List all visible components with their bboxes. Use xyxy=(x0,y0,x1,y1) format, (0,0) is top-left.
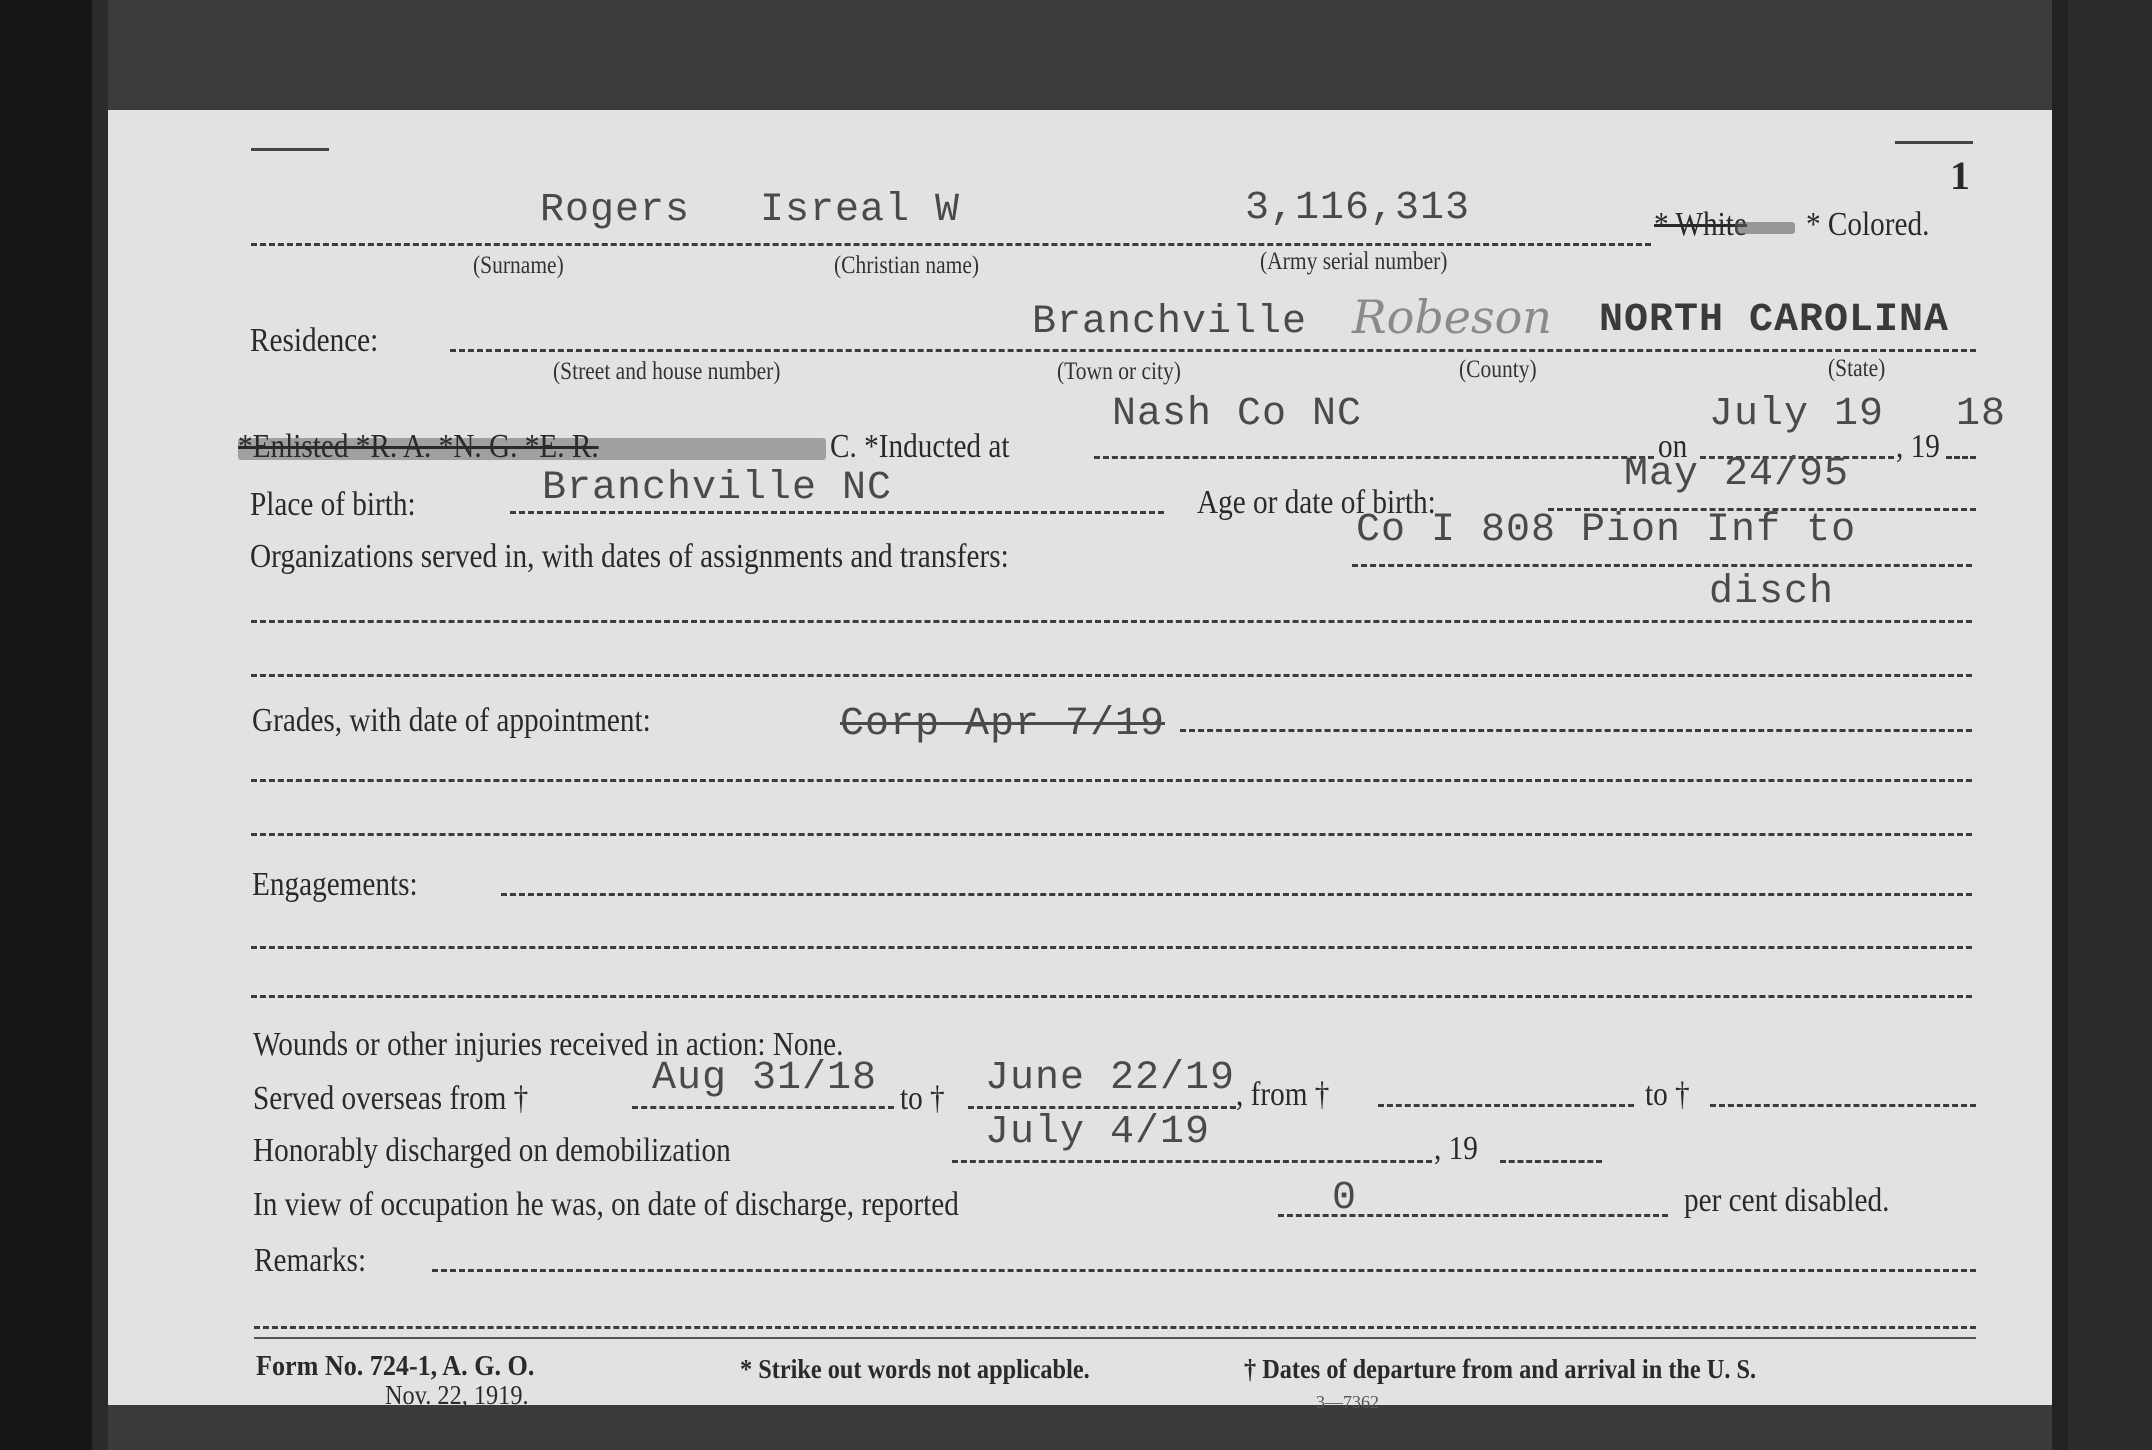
grades-line2 xyxy=(251,779,1972,782)
discharge-year-line xyxy=(1500,1160,1602,1163)
footnote-dates: † Dates of departure from and arrival in… xyxy=(1244,1354,1756,1385)
engagements-label: Engagements: xyxy=(252,866,418,904)
scan-border-right xyxy=(2068,0,2152,1450)
remarks-line2 xyxy=(254,1326,1976,1329)
inducted-label: C. *Inducted at xyxy=(830,428,1009,466)
grades-value: Corp Apr 7/19 xyxy=(840,702,1165,747)
scan-border-left-inner xyxy=(92,0,108,1450)
organizations-line2 xyxy=(251,620,1972,623)
army-serial-number-label: (Army serial number) xyxy=(1260,248,1447,276)
overseas-to-label: to † xyxy=(900,1080,945,1118)
discharge-year-label: , 19 xyxy=(1434,1130,1478,1168)
organizations-line2-value: disch xyxy=(1709,570,1834,615)
county-label: (County) xyxy=(1459,356,1537,384)
inducted-at-value: Nash Co NC xyxy=(1112,392,1362,437)
organizations-line1-value: Co I 808 Pion Inf to xyxy=(1356,508,1856,553)
disability-suffix: per cent disabled. xyxy=(1684,1182,1889,1220)
discharge-label: Honorably discharged on demobilization xyxy=(253,1132,731,1170)
army-serial-number-value: 3,116,313 xyxy=(1245,186,1470,231)
overseas-from-value: Aug 31/18 xyxy=(652,1056,877,1101)
form-number: Form No. 724-1, A. G. O. xyxy=(256,1350,534,1383)
overseas-to-line xyxy=(968,1106,1236,1109)
overseas-from2-label: , from † xyxy=(1236,1076,1329,1114)
top-right-rule xyxy=(1895,141,1973,144)
induction-date-value: July 19 xyxy=(1709,392,1884,437)
engagements-line3 xyxy=(251,995,1972,998)
residence-label: Residence: xyxy=(250,322,378,360)
year-prefix: , 19 xyxy=(1896,428,1940,466)
scan-border-left xyxy=(0,0,92,1450)
christian-name-value: Isreal W xyxy=(760,188,960,233)
discharge-date-value: July 4/19 xyxy=(985,1110,1210,1155)
residence-town-value: Branchville xyxy=(1032,300,1307,345)
overseas-from2-line xyxy=(1378,1104,1634,1107)
residence-line xyxy=(450,349,1976,352)
footnote-strike: * Strike out words not applicable. xyxy=(740,1354,1090,1385)
place-of-birth-line xyxy=(510,511,1164,514)
surname-label: (Surname) xyxy=(473,252,564,280)
card-number: 1 xyxy=(1950,152,1970,199)
top-left-rule xyxy=(251,148,329,151)
scan-border-right-edge xyxy=(2052,0,2068,1450)
remarks-label: Remarks: xyxy=(254,1242,366,1280)
organizations-line1 xyxy=(1352,564,1972,567)
grades-label: Grades, with date of appointment: xyxy=(252,702,651,740)
place-of-birth-label: Place of birth: xyxy=(250,486,416,524)
form-date: Nov. 22, 1919. xyxy=(385,1380,529,1411)
engagements-line2 xyxy=(251,946,1972,949)
overseas-to-value: June 22/19 xyxy=(985,1056,1235,1101)
birth-date-value: May 24/95 xyxy=(1624,452,1849,497)
state-label: (State) xyxy=(1828,355,1885,383)
scan-border-top xyxy=(108,0,2068,110)
grades-line3 xyxy=(251,833,1972,836)
overseas-to2-label: to † xyxy=(1645,1076,1690,1114)
discharge-date-line xyxy=(952,1160,1432,1163)
induction-year-value: 18 xyxy=(1956,392,2006,437)
town-label: (Town or city) xyxy=(1057,358,1181,386)
residence-county-value: Robeson xyxy=(1352,290,1552,344)
overseas-from-line xyxy=(632,1106,894,1109)
street-label: (Street and house number) xyxy=(553,358,780,386)
strike-smudge xyxy=(1735,222,1795,234)
overseas-to2-line xyxy=(1710,1104,1976,1107)
place-of-birth-value: Branchville NC xyxy=(542,466,892,511)
inducted-at-line xyxy=(1094,456,1654,459)
surname-value: Rogers xyxy=(540,188,690,233)
engagements-line1 xyxy=(501,893,1972,896)
race-option-colored: * Colored. xyxy=(1806,206,1929,244)
enlistment-struck-options: *Enlisted *R. A. *N. G. *E. R. xyxy=(238,428,599,466)
grades-line1 xyxy=(1180,729,1972,732)
disability-label: In view of occupation he was, on date of… xyxy=(253,1186,959,1224)
remarks-line1 xyxy=(432,1269,1976,1272)
residence-state-value: NORTH CAROLINA xyxy=(1599,298,1949,343)
disability-line xyxy=(1278,1214,1668,1217)
print-code: 3—7362 xyxy=(1316,1392,1379,1413)
christian-name-label: (Christian name) xyxy=(834,252,979,280)
organizations-label: Organizations served in, with dates of a… xyxy=(250,538,1009,576)
footer-rule xyxy=(254,1337,1976,1339)
organizations-line3 xyxy=(251,674,1972,677)
name-line xyxy=(251,243,1651,246)
race-option-white: * White xyxy=(1654,206,1747,244)
overseas-label: Served overseas from † xyxy=(253,1080,528,1118)
induction-year-line xyxy=(1946,456,1976,459)
